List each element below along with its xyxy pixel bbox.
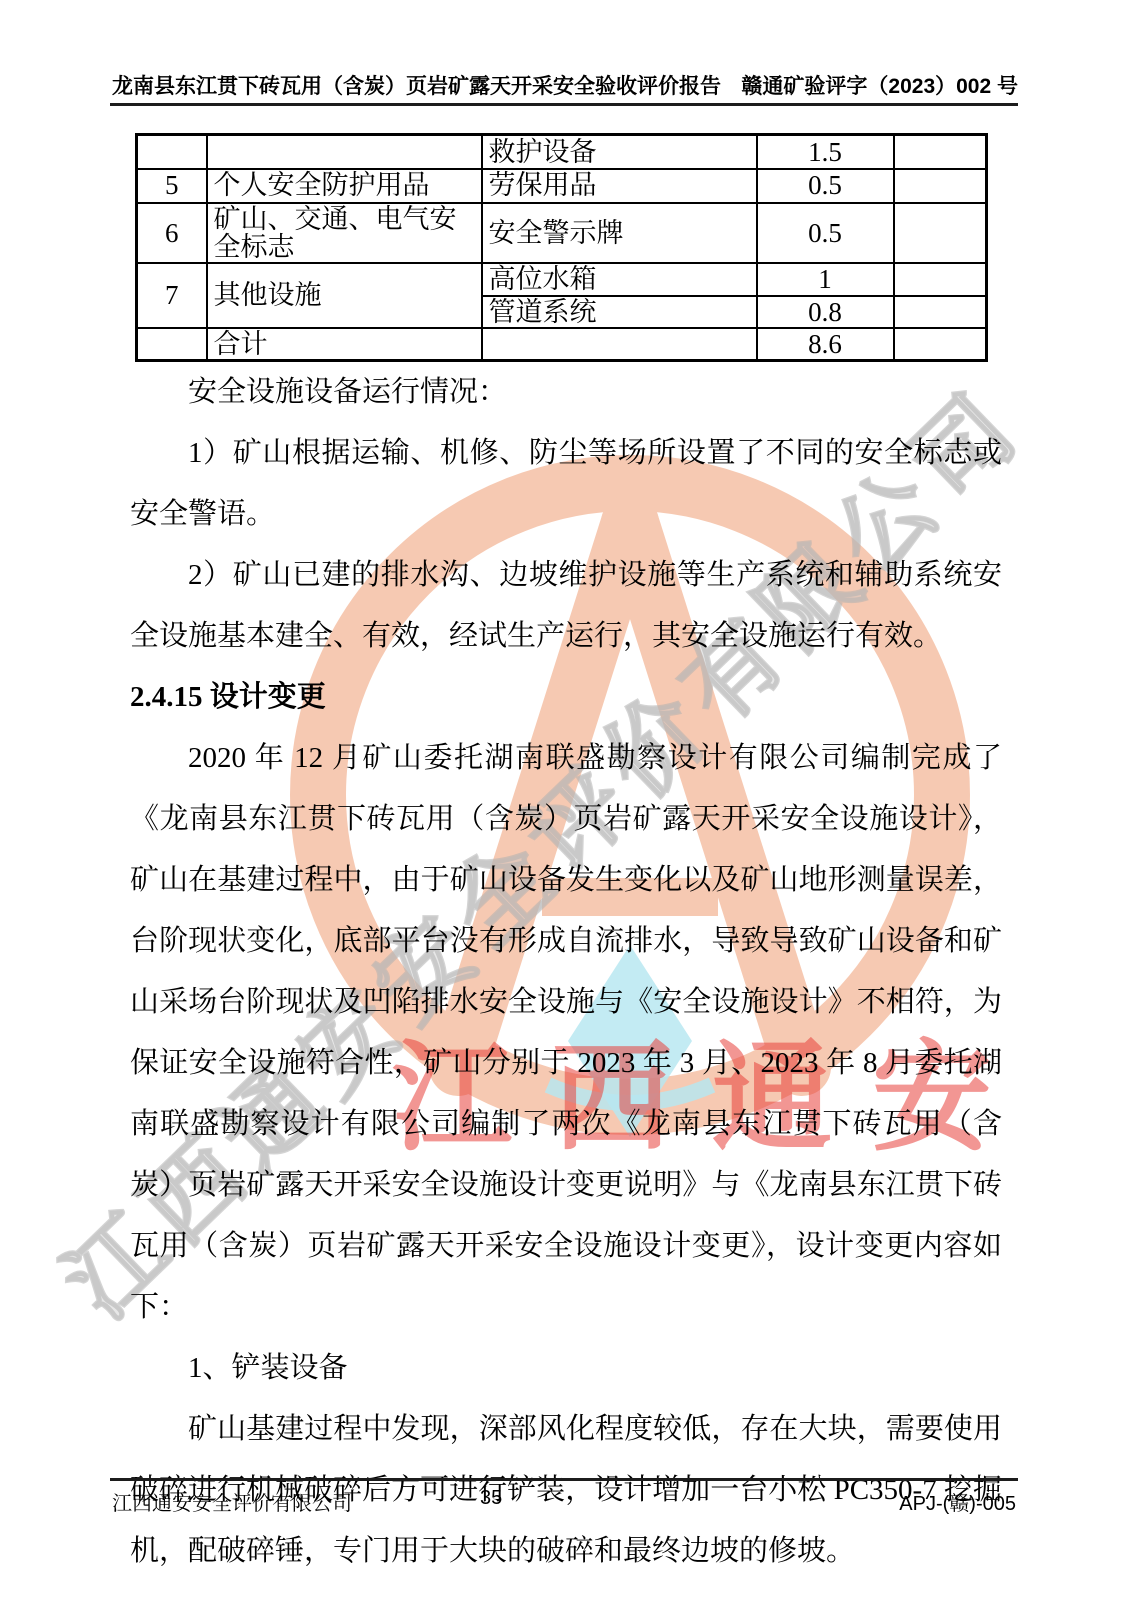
cell-item [482,328,757,361]
cell-total-value: 8.6 [757,328,894,361]
cell-item: 救护设备 [482,135,757,169]
cell-note [894,263,987,295]
footer-rule [110,1478,1018,1481]
cell-value: 0.5 [757,169,894,203]
cell-category: 矿山、交通、电气安全标志 [207,203,482,264]
header-report-title: 龙南县东江贯下砖瓦用（含炭）页岩矿露天开采安全验收评价报告 [112,70,721,100]
header-rule [110,103,1018,106]
cell-value: 0.8 [757,296,894,328]
cell-num [137,328,207,361]
cell-item: 管道系统 [482,296,757,328]
cell-num: 7 [137,263,207,328]
cell-num [137,135,207,169]
table-row-6: 6 矿山、交通、电气安全标志 安全警示牌 0.5 [137,203,987,264]
cell-value: 1 [757,263,894,295]
design-change-paragraph: 2020 年 12 月矿山委托湖南联盛勘察设计有限公司编制完成了《龙南县东江贯下… [130,728,1002,1338]
section-heading: 2.4.15 设计变更 [130,667,1002,728]
footer-company: 江西通安安全评价有限公司 [112,1487,352,1516]
cell-category: 其他设施 [207,263,482,328]
table-row-total: 合计 8.6 [137,328,987,361]
footer-doc-code: APJ-(赣)-005 [899,1487,1016,1516]
cell-note [894,296,987,328]
page-footer: 江西通安安全评价有限公司 35 APJ-(赣)-005 [112,1487,1018,1517]
cell-total-label: 合计 [207,328,482,361]
cell-num: 6 [137,203,207,264]
cell-value: 0.5 [757,203,894,264]
cell-category [207,135,482,169]
list-item-1: 1）矿山根据运输、机修、防尘等场所设置了不同的安全标志或安全警语。 [130,423,1002,545]
cell-category: 个人安全防护用品 [207,169,482,203]
table-row-rescue: 救护设备 1.5 [137,135,987,169]
cell-value: 1.5 [757,135,894,169]
cell-item: 安全警示牌 [482,203,757,264]
subitem-heading: 1、铲装设备 [130,1338,1002,1399]
table-row-7a: 7 其他设施 高位水箱 1 [137,263,987,295]
page-header: 龙南县东江贯下砖瓦用（含炭）页岩矿露天开采安全验收评价报告 赣通矿验评字（202… [112,70,1018,100]
safety-equipment-table: 救护设备 1.5 5 个人安全防护用品 劳保用品 0.5 6 矿山、交通、电气安… [135,133,988,362]
cell-item: 高位水箱 [482,263,757,295]
content-layer: 龙南县东江贯下砖瓦用（含炭）页岩矿露天开采安全验收评价报告 赣通矿验评字（202… [0,0,1130,1600]
document-page: 江西通安安全评价有限公司 江西通安 龙南县东江贯下砖瓦用（含炭）页岩矿露天开采安… [0,0,1130,1600]
cell-note [894,169,987,203]
cell-note [894,328,987,361]
cell-num: 5 [137,169,207,203]
header-doc-number: 赣通矿验评字（2023）002 号 [741,70,1018,100]
table-row-5: 5 个人安全防护用品 劳保用品 0.5 [137,169,987,203]
cell-item: 劳保用品 [482,169,757,203]
body-text: 安全设施设备运行情况： 1）矿山根据运输、机修、防尘等场所设置了不同的安全标志或… [130,362,1002,1582]
list-item-2: 2）矿山已建的排水沟、边坡维护设施等生产系统和辅助系统安全设施基本建全、有效，经… [130,545,1002,667]
cell-note [894,203,987,264]
intro-line: 安全设施设备运行情况： [130,362,1002,423]
footer-page-number: 35 [480,1487,502,1510]
cell-note [894,135,987,169]
